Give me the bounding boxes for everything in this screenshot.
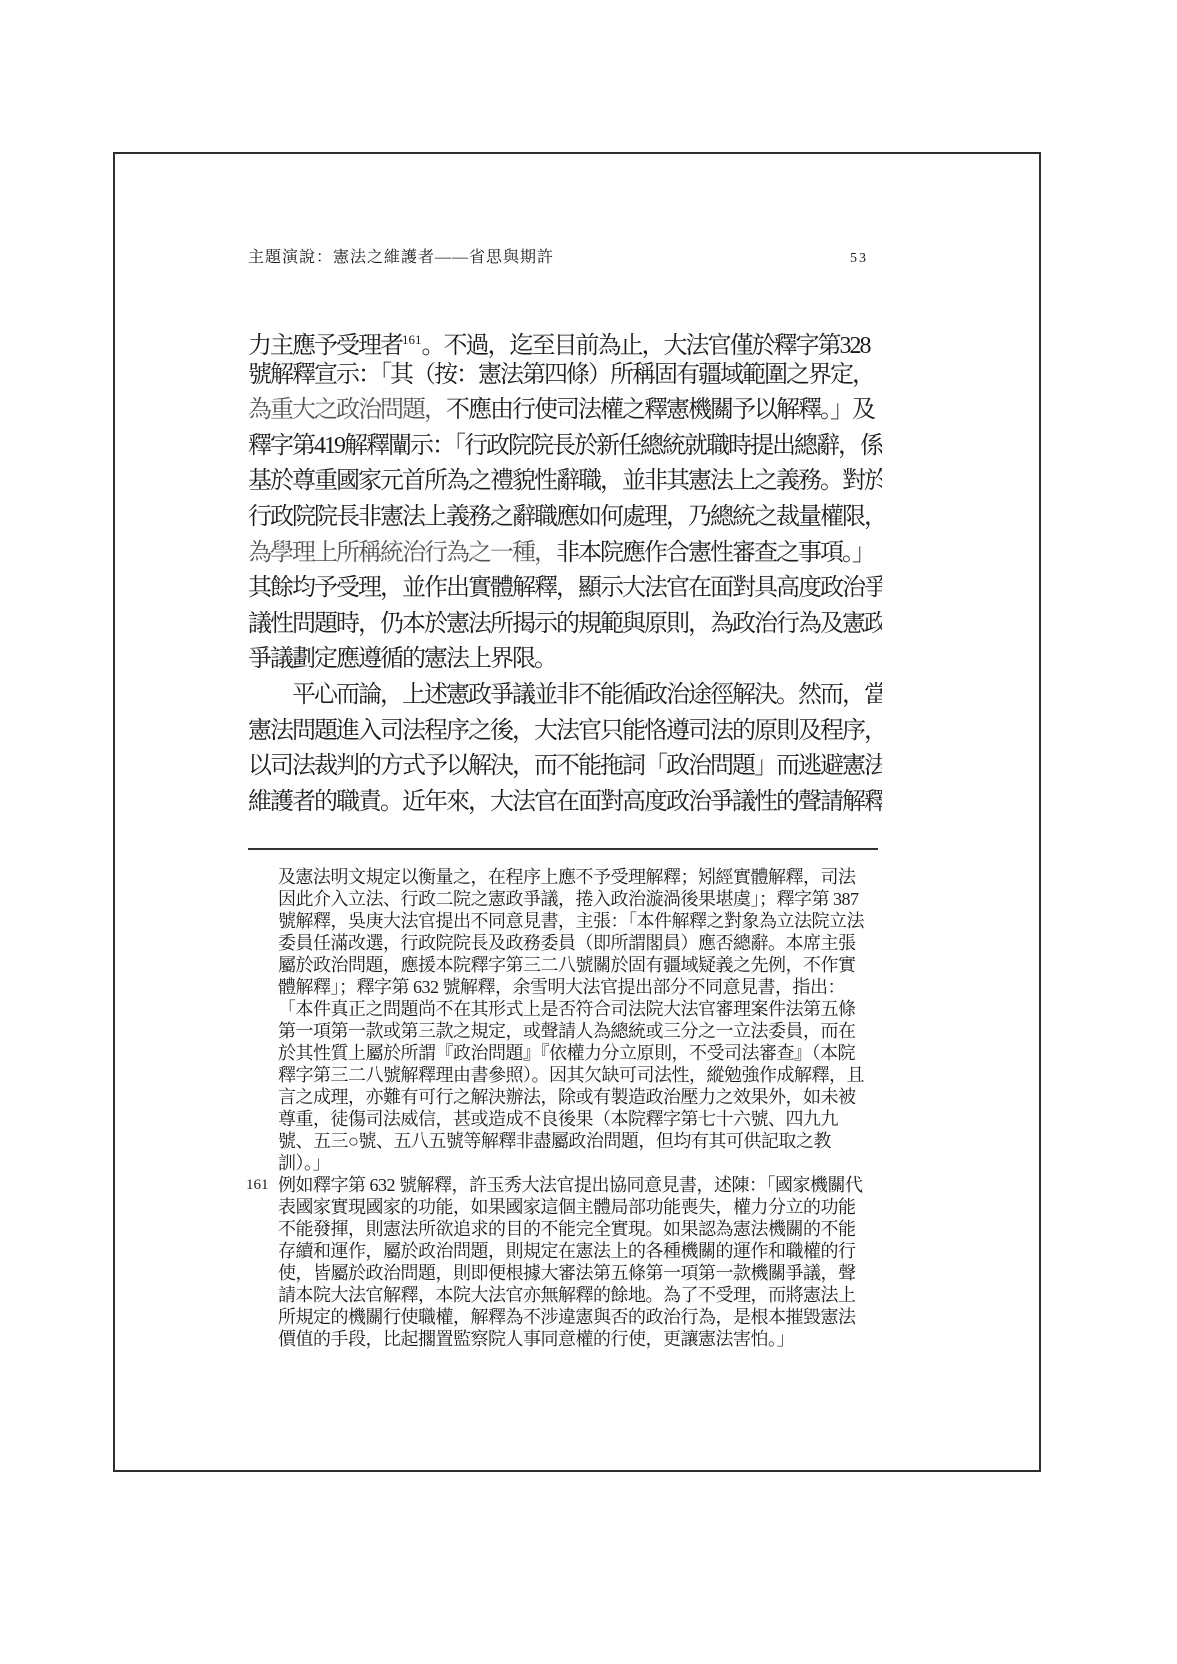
text-run: 不應由行使司法權之釋憲機關予以解釋。」及 — [446, 397, 874, 423]
text-run: 平心而論，上述憲政爭議並非不能循政治途徑解決。然而，當 — [248, 682, 882, 708]
text-run: 釋字第三二八號解釋理由書參照）。因其欠缺可司法性，縱勉強作成解釋，且 — [278, 1065, 864, 1085]
footnote-161: 161 例如釋字第 632 號解釋，許玉秀大法官提出協同意見書，述陳：「國家機關… — [248, 1174, 884, 1350]
text-line: 為重大之政治問題，不應由行使司法權之釋憲機關予以解釋。」及 — [248, 393, 882, 429]
text-run: 體解釋」；釋字第 632 號解釋，余雪明大法官提出部分不同意見書，指出： — [278, 977, 845, 997]
text-line: 尊重，徒傷司法威信，甚或造成不良後果（本院釋字第七十六號、四九九 — [278, 1108, 884, 1130]
text-run: 屬於政治問題，應援本院釋字第三二八號關於固有疆域疑義之先例，不作實 — [278, 955, 856, 975]
text-run: 為重大之政治問題， — [248, 397, 446, 423]
text-line: 號、五三○號、五八五號等解釋非盡屬政治問題，但均有其可供記取之教 — [278, 1130, 884, 1152]
body-text: 力主應予受理者161。不過，迄至目前為止，大法官僅於釋字第328號解釋宣示：「其… — [248, 322, 882, 820]
text-line: 維護者的職責。近年來，大法官在面對高度政治爭議性的聲請解釋 — [248, 785, 882, 821]
text-run: 行政院院長非憲法上義務之辭職應如何處理，乃總統之裁量權限， — [248, 504, 882, 530]
text-run: 訓）。」 — [278, 1153, 330, 1173]
text-run: 第一項第一款或第三款之規定，或聲請人為總統或三分之一立法委員，而在 — [278, 1021, 856, 1041]
text-line: 請本院大法官解釋，本院大法官亦無解釋的餘地。為了不受理，而將憲法上 — [278, 1284, 884, 1306]
text-run: 號解釋，吳庚大法官提出不同意見書，主張：「本件解釋之對象為立法院立法 — [278, 911, 864, 931]
footnote-separator — [248, 848, 878, 850]
text-line: 言之成理，亦難有可行之解決辦法，除或有製造政治壓力之效果外，如未被 — [278, 1086, 884, 1108]
footnote-continuation: 及憲法明文規定以衡量之，在程序上應不予受理解釋；矧經實體解釋，司法因此介入立法、… — [278, 866, 884, 1174]
text-line: 基於尊重國家元首所為之禮貌性辭職，並非其憲法上之義務。對於 — [248, 464, 882, 500]
text-line: 憲法問題進入司法程序之後，大法官只能恪遵司法的原則及程序， — [248, 714, 882, 750]
text-run: 基於尊重國家元首所為之禮貌性辭職，並非其憲法上之義務。對於 — [248, 468, 882, 494]
text-run: 爭議劃定應遵循的憲法上界限。 — [248, 646, 556, 672]
text-line: 第一項第一款或第三款之規定，或聲請人為總統或三分之一立法委員，而在 — [278, 1020, 884, 1042]
text-run: 力主應予受理者 — [248, 333, 402, 358]
text-run: 號解釋宣示：「其（按：憲法第四條）所稱固有疆域範圍之界定， — [248, 362, 874, 388]
text-line: 爭議劃定應遵循的憲法上界限。 — [248, 642, 882, 678]
text-run: 例如釋字第 632 號解釋，許玉秀大法官提出協同意見書，述陳：「國家機關代 — [278, 1175, 863, 1195]
text-run: 為學理上所稱統治行為之一種， — [248, 540, 556, 566]
text-line: 行政院院長非憲法上義務之辭職應如何處理，乃總統之裁量權限， — [248, 500, 882, 536]
text-line: 價值的手段，比起擱置監察院人事同意權的行使，更讓憲法害怕。」 — [278, 1328, 884, 1350]
text-line: 體解釋」；釋字第 632 號解釋，余雪明大法官提出部分不同意見書，指出： — [278, 976, 884, 998]
text-run: 號、五三○號、五八五號等解釋非盡屬政治問題，但均有其可供記取之教 — [278, 1131, 831, 1151]
text-line: 平心而論，上述憲政爭議並非不能循政治途徑解決。然而，當 — [248, 678, 882, 714]
page-header: 主題演說：憲法之維護者——省思與期許 53 — [248, 244, 878, 267]
text-line: 不能發揮，則憲法所欲追求的目的不能完全實現。如果認為憲法機關的不能 — [278, 1218, 884, 1240]
document-page: 主題演說：憲法之維護者——省思與期許 53 力主應予受理者161。不過，迄至目前… — [0, 0, 1177, 1664]
footnote-161-text: 例如釋字第 632 號解釋，許玉秀大法官提出協同意見書，述陳：「國家機關代表國家… — [278, 1174, 884, 1350]
text-line: 力主應予受理者161。不過，迄至目前為止，大法官僅於釋字第328 — [248, 322, 882, 358]
text-line: 及憲法明文規定以衡量之，在程序上應不予受理解釋；矧經實體解釋，司法 — [278, 866, 884, 888]
text-line: 使，皆屬於政治問題，則即便根據大審法第五條第一項第一款機關爭議，聲 — [278, 1262, 884, 1284]
text-run: 釋字第419解釋闡示：「行政院院長於新任總統就職時提出總辭，係 — [248, 433, 882, 459]
text-run: 以司法裁判的方式予以解決，而不能拖詞「政治問題」而逃避憲法 — [248, 753, 882, 779]
text-line: 「本件真正之問題尚不在其形式上是否符合司法院大法官審理案件法第五條 — [278, 998, 884, 1020]
text-line: 委員任滿改選，行政院院長及政務委員（即所謂閣員）應否總辭。本席主張 — [278, 932, 884, 954]
text-line: 屬於政治問題，應援本院釋字第三二八號關於固有疆域疑義之先例，不作實 — [278, 954, 884, 976]
footnote-section: 及憲法明文規定以衡量之，在程序上應不予受理解釋；矧經實體解釋，司法因此介入立法、… — [248, 866, 884, 1350]
text-run: 委員任滿改選，行政院院長及政務委員（即所謂閣員）應否總辭。本席主張 — [278, 933, 856, 953]
text-run: 表國家實現國家的功能，如果國家這個主體局部功能喪失，權力分立的功能 — [278, 1197, 856, 1217]
text-run: 存續和運作，屬於政治問題，則規定在憲法上的各種機關的運作和職權的行 — [278, 1241, 856, 1261]
text-run: 維護者的職責。近年來，大法官在面對高度政治爭議性的聲請解釋 — [248, 789, 882, 815]
text-line: 所規定的機關行使職權，解釋為不涉違憲與否的政治行為，是根本摧毀憲法 — [278, 1306, 884, 1328]
footnote-161-marker: 161 — [246, 1174, 269, 1196]
text-line: 於其性質上屬於所謂『政治問題』『依權力分立原則，不受司法審查』（本院 — [278, 1042, 884, 1064]
footnote-ref: 161 — [402, 332, 422, 347]
text-run: 因此介入立法、行政二院之憲政爭議，捲入政治漩渦後果堪虞」；釋字第 387 — [278, 889, 859, 909]
text-run: 憲法問題進入司法程序之後，大法官只能恪遵司法的原則及程序， — [248, 718, 882, 744]
text-run: 「本件真正之問題尚不在其形式上是否符合司法院大法官審理案件法第五條 — [278, 999, 856, 1019]
text-line: 因此介入立法、行政二院之憲政爭議，捲入政治漩渦後果堪虞」；釋字第 387 — [278, 888, 884, 910]
text-run: 議性問題時，仍本於憲法所揭示的規範與原則，為政治行為及憲政 — [248, 611, 882, 637]
text-line: 例如釋字第 632 號解釋，許玉秀大法官提出協同意見書，述陳：「國家機關代 — [278, 1174, 884, 1196]
text-line: 號解釋宣示：「其（按：憲法第四條）所稱固有疆域範圍之界定， — [248, 358, 882, 394]
text-line: 其餘均予受理，並作出實體解釋，顯示大法官在面對具高度政治爭 — [248, 571, 882, 607]
text-line: 訓）。」 — [278, 1152, 884, 1174]
text-run: 言之成理，亦難有可行之解決辦法，除或有製造政治壓力之效果外，如未被 — [278, 1087, 856, 1107]
text-run: 及憲法明文規定以衡量之，在程序上應不予受理解釋；矧經實體解釋，司法 — [278, 867, 856, 887]
text-line: 議性問題時，仍本於憲法所揭示的規範與原則，為政治行為及憲政 — [248, 607, 882, 643]
text-line: 表國家實現國家的功能，如果國家這個主體局部功能喪失，權力分立的功能 — [278, 1196, 884, 1218]
text-run: 請本院大法官解釋，本院大法官亦無解釋的餘地。為了不受理，而將憲法上 — [278, 1285, 856, 1305]
text-run: 。不過，迄至目前為止，大法官僅於釋字第328 — [422, 333, 870, 358]
text-run: 不能發揮，則憲法所欲追求的目的不能完全實現。如果認為憲法機關的不能 — [278, 1219, 856, 1239]
text-run: 非本院應作合憲性審查之事項。」 — [556, 540, 874, 566]
page-number: 53 — [850, 251, 868, 267]
text-line: 釋字第三二八號解釋理由書參照）。因其欠缺可司法性，縱勉強作成解釋，且 — [278, 1064, 884, 1086]
text-line: 存續和運作，屬於政治問題，則規定在憲法上的各種機關的運作和職權的行 — [278, 1240, 884, 1262]
text-line: 為學理上所稱統治行為之一種，非本院應作合憲性審查之事項。」 — [248, 536, 882, 572]
text-run: 價值的手段，比起擱置監察院人事同意權的行使，更讓憲法害怕。」 — [278, 1329, 794, 1349]
text-run: 所規定的機關行使職權，解釋為不涉違憲與否的政治行為，是根本摧毀憲法 — [278, 1307, 856, 1327]
running-header-title: 主題演說：憲法之維護者——省思與期許 — [248, 244, 554, 267]
text-line: 以司法裁判的方式予以解決，而不能拖詞「政治問題」而逃避憲法 — [248, 749, 882, 785]
text-run: 尊重，徒傷司法威信，甚或造成不良後果（本院釋字第七十六號、四九九 — [278, 1109, 838, 1129]
text-run: 使，皆屬於政治問題，則即便根據大審法第五條第一項第一款機關爭議，聲 — [278, 1263, 856, 1283]
text-line: 號解釋，吳庚大法官提出不同意見書，主張：「本件解釋之對象為立法院立法 — [278, 910, 884, 932]
text-line: 釋字第419解釋闡示：「行政院院長於新任總統就職時提出總辭，係 — [248, 429, 882, 465]
text-run: 於其性質上屬於所謂『政治問題』『依權力分立原則，不受司法審查』（本院 — [278, 1043, 855, 1063]
text-run: 其餘均予受理，並作出實體解釋，顯示大法官在面對具高度政治爭 — [248, 575, 882, 601]
